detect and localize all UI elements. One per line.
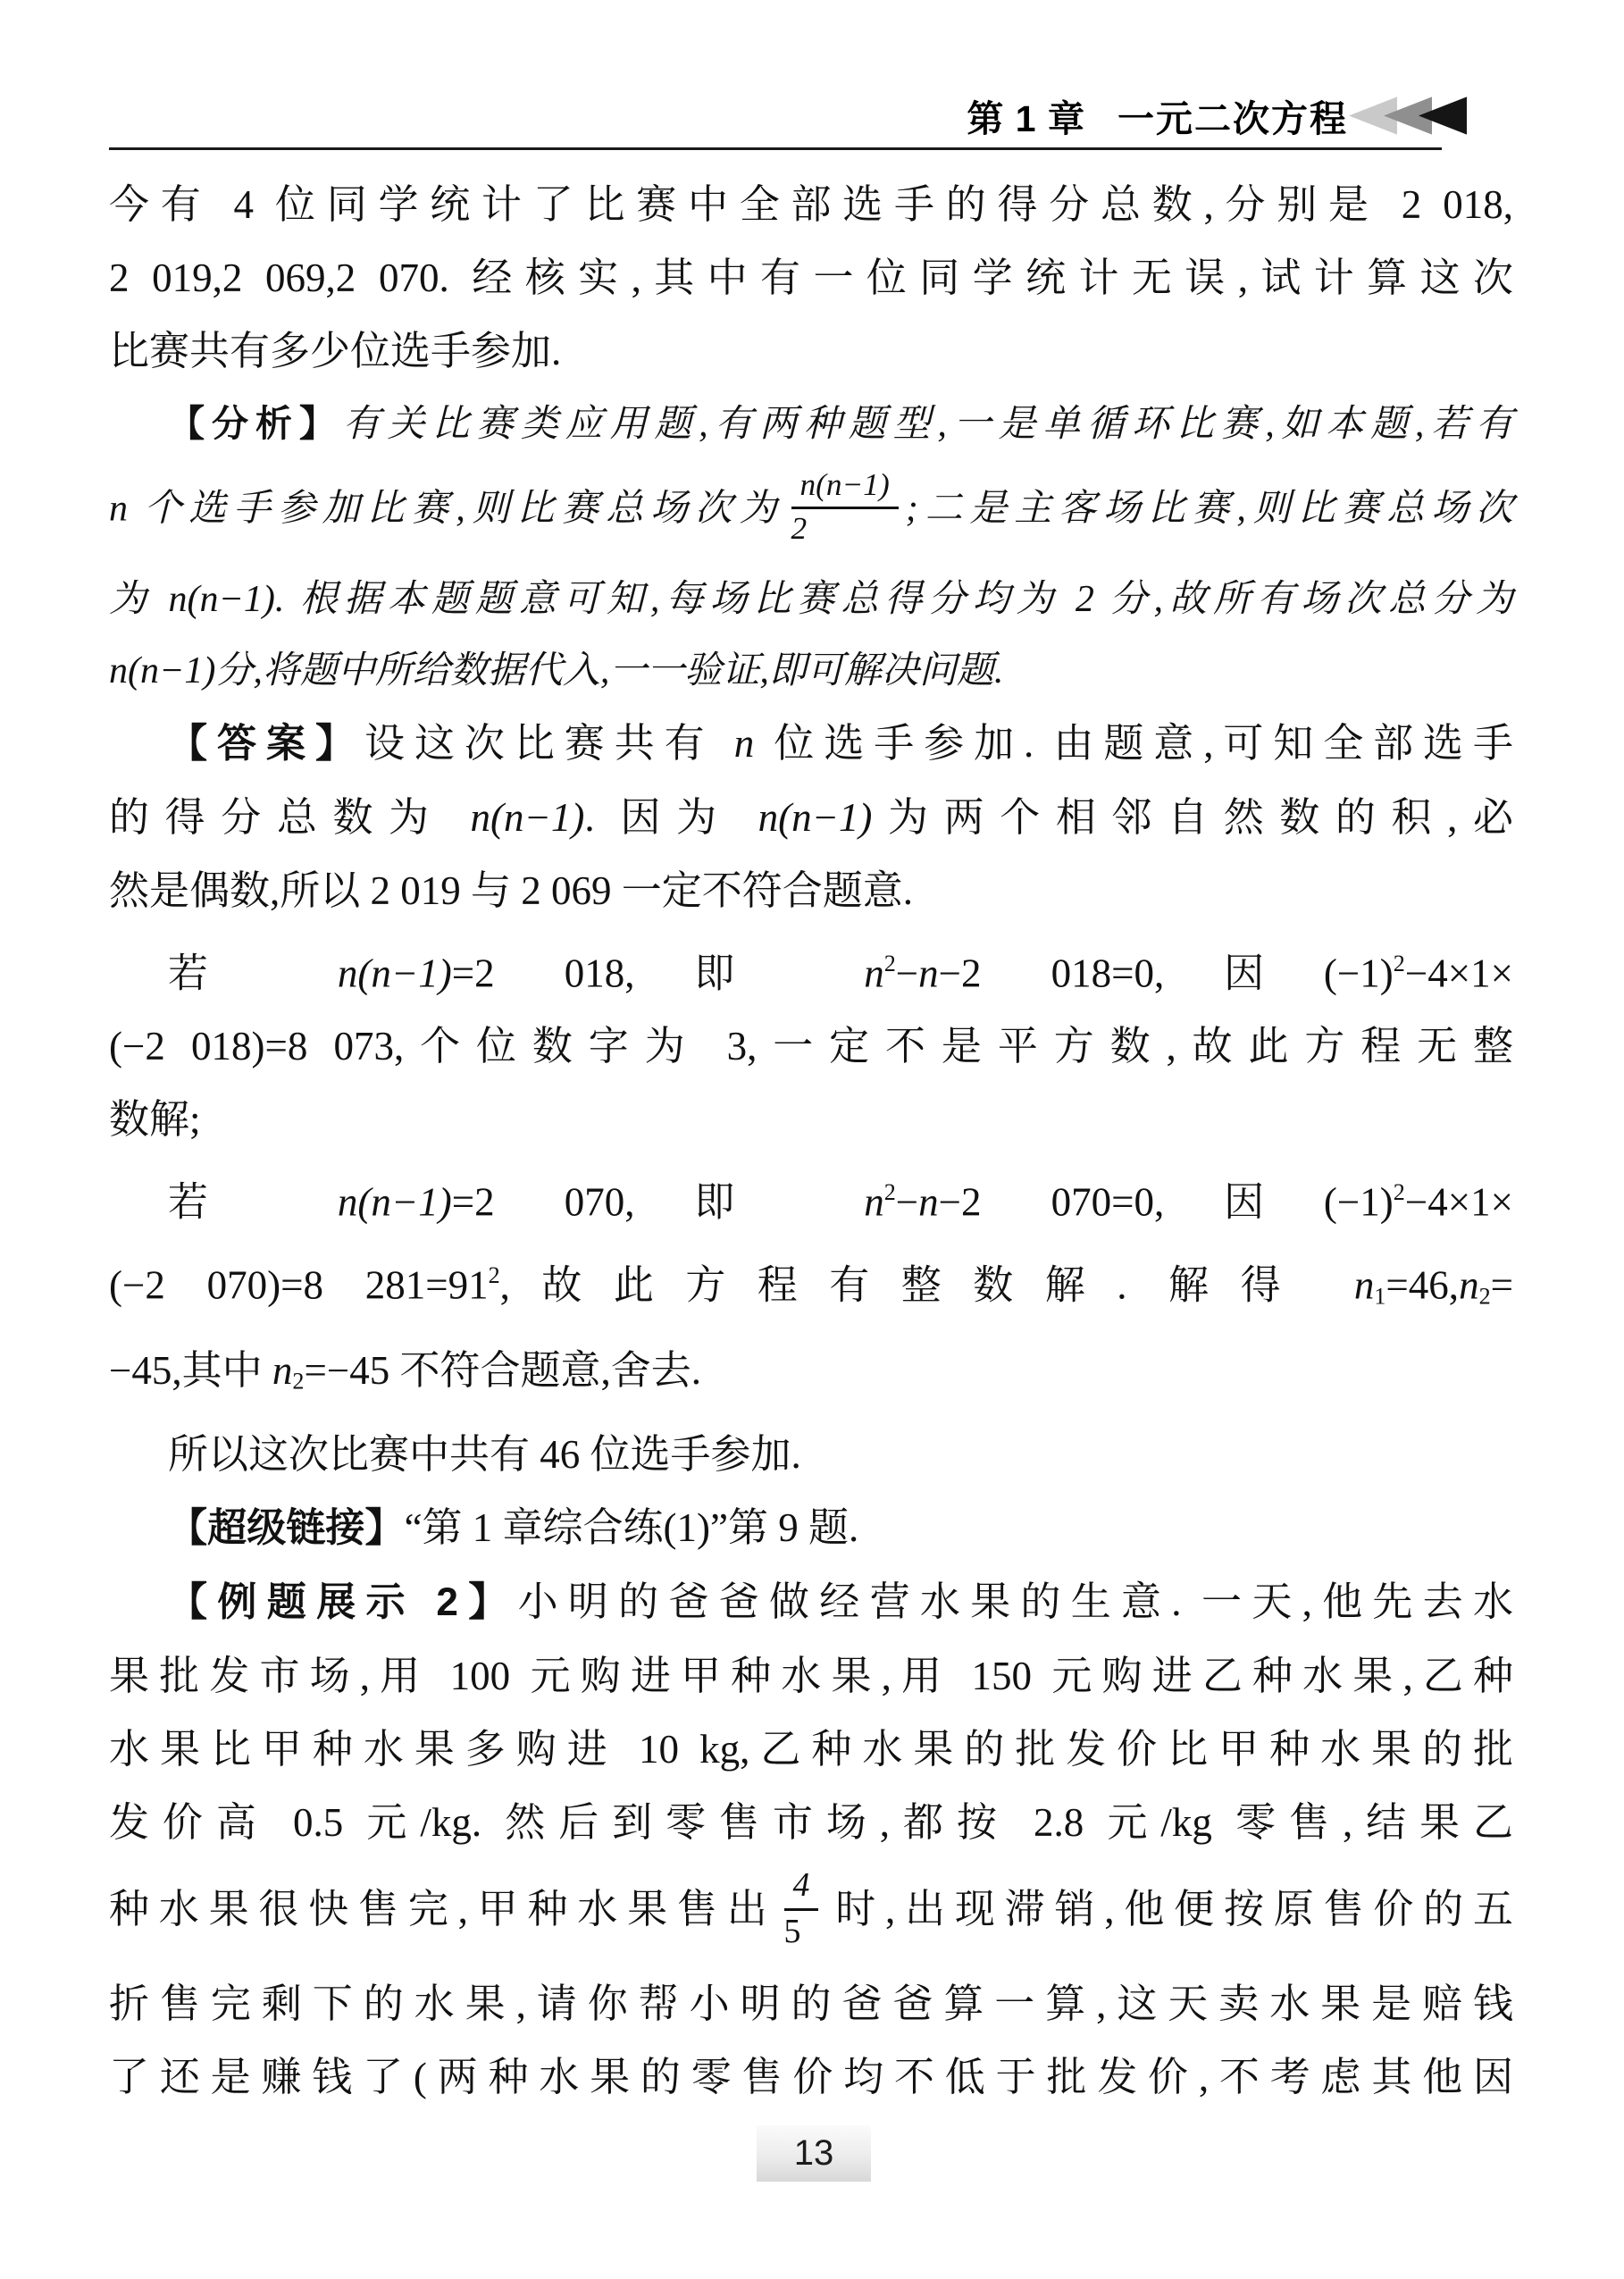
text-segment: −45,其中 xyxy=(109,1348,272,1393)
text-segment: n(n−1) xyxy=(169,579,275,620)
text-segment: n xyxy=(918,1180,939,1225)
text-segment: n xyxy=(864,1180,884,1225)
chapter-heading: 第 1 章 一元二次方程 xyxy=(967,89,1467,142)
text-segment: n xyxy=(734,721,755,766)
text-segment: =2 070,即 xyxy=(452,1180,864,1225)
text-line: 果批发市场,用 100 元购进甲种水果,用 150 元购进乙种水果,乙种 xyxy=(109,1639,1513,1713)
text-segment: 发价高 0.5 元/kg. 然后到零售市场,都按 2.8 元/kg 零售,结果乙 xyxy=(109,1800,1513,1845)
chapter-arrows-icon xyxy=(1362,96,1467,136)
text-line: (−2 018)=8 073,个位数字为 3,一定不是平方数,故此方程无整 xyxy=(109,1010,1513,1083)
fraction-numerator: n(n−1) xyxy=(791,468,899,509)
text-segment: 种水果很快售完,甲种水果售出 xyxy=(109,1887,777,1931)
text-segment: . 根据本题题意可知,每场比赛总得分均为 2 分,故所有场次总分为 xyxy=(275,579,1513,620)
text-line: 为 n(n−1). 根据本题题意可知,每场比赛总得分均为 2 分,故所有场次总分… xyxy=(109,564,1513,635)
text-segment: 位选手参加. 由题意,可知全部选手 xyxy=(754,721,1513,766)
text-segment: 的得分总数为 xyxy=(109,795,471,840)
text-segment: 2 xyxy=(1479,1284,1491,1310)
math-fraction: 45 xyxy=(784,1867,819,1950)
text-segment: 今有 4 位同学统计了比赛中全部选手的得分总数,分别是 2 018, xyxy=(109,182,1513,227)
text-segment: 2 xyxy=(489,1262,500,1288)
text-segment: 1 xyxy=(1374,1284,1385,1310)
text-segment: 时,出现滞销,他便按原售价的五 xyxy=(825,1887,1513,1931)
text-line: 【答案】设这次比赛共有 n 位选手参加. 由题意,可知全部选手 xyxy=(109,707,1513,781)
fraction-numerator: 4 xyxy=(784,1867,819,1911)
text-line: 种水果很快售完,甲种水果售出45时,出现滞销,他便按原售价的五 xyxy=(109,1859,1513,1967)
chapter-title: 一元二次方程 xyxy=(1118,89,1348,142)
text-line: 若 n(n−1)=2 070,即 n2−n−2 070=0,因(−1)2−4×1… xyxy=(109,1156,1513,1239)
text-segment: ;二是主客场比赛,则比赛总场次 xyxy=(906,488,1513,529)
text-segment: n(n−1) xyxy=(338,1180,452,1225)
fraction-denominator: 5 xyxy=(784,1911,819,1951)
text-segment: 若 xyxy=(168,1180,338,1225)
text-segment: 若 xyxy=(168,951,338,995)
text-segment: 2 xyxy=(1394,1179,1405,1205)
text-line: 【例题展示 2】小明的爸爸做经营水果的生意. 一天,他先去水 xyxy=(109,1565,1513,1639)
text-line: 【超级链接】“第 1 章综合练(1)”第 9 题. xyxy=(109,1491,1513,1565)
text-segment: n(n−1) xyxy=(338,951,452,995)
text-segment: −2 070=0,因(−1) xyxy=(939,1180,1394,1225)
text-segment: n xyxy=(864,951,884,995)
text-segment: 小明的爸爸做经营水果的生意. 一天,他先去水 xyxy=(518,1579,1513,1624)
text-segment: (−2 018)=8 073,个位数字为 3,一定不是平方数,故此方程无整 xyxy=(109,1024,1513,1068)
header-rule xyxy=(109,147,1442,150)
text-segment: 果批发市场,用 100 元购进甲种水果,用 150 元购进乙种水果,乙种 xyxy=(109,1654,1513,1698)
text-segment: 设这次比赛共有 xyxy=(364,721,734,766)
text-segment: =−45 不符合题意,舍去. xyxy=(304,1348,701,1393)
text-line: 然是偶数,所以 2 019 与 2 069 一定不符合题意. xyxy=(109,854,1513,927)
text-segment: 所以这次比赛中共有 46 位选手参加. xyxy=(168,1432,801,1477)
text-segment: 【分析】 xyxy=(168,403,343,444)
text-segment: 水果比甲种水果多购进 10 kg,乙种水果的批发价比甲种水果的批 xyxy=(109,1727,1513,1772)
text-segment: ,故此方程有整数解. 解得 xyxy=(500,1263,1354,1308)
text-segment: −4×1× xyxy=(1405,951,1513,995)
text-line: 发价高 0.5 元/kg. 然后到零售市场,都按 2.8 元/kg 零售,结果乙 xyxy=(109,1786,1513,1859)
text-segment: . 因为 xyxy=(584,795,758,840)
text-segment: 2 019,2 069,2 070. 经核实,其中有一位同学统计无误,试计算这次 xyxy=(109,256,1513,300)
text-line: n(n−1)分,将题中所给数据代入,一一验证,即可解决问题. xyxy=(109,635,1513,707)
text-segment: n xyxy=(1459,1263,1479,1308)
math-fraction: n(n−1)2 xyxy=(791,468,899,547)
text-segment: (−2 070)=8 281=91 xyxy=(109,1263,489,1308)
text-segment: n xyxy=(109,488,128,529)
text-line: 2 019,2 069,2 070. 经核实,其中有一位同学统计无误,试计算这次 xyxy=(109,241,1513,314)
text-segment: n xyxy=(1354,1263,1375,1308)
text-segment: 2 xyxy=(884,951,896,976)
text-line: n 个选手参加比赛,则比赛总场次为n(n−1)2;二是主客场比赛,则比赛总场次 xyxy=(109,460,1513,564)
text-line: 折售完剩下的水果,请你帮小明的爸爸算一算,这天卖水果是赔钱 xyxy=(109,1967,1513,2040)
text-segment: =2 018,即 xyxy=(452,951,864,995)
text-segment: 比赛共有多少位选手参加. xyxy=(109,329,561,373)
text-segment: 2 xyxy=(1394,951,1405,976)
text-line: 若 n(n−1)=2 018,即 n2−n−2 018=0,因(−1)2−4×1… xyxy=(109,927,1513,1010)
text-segment: 为两个相邻自然数的积,必 xyxy=(872,795,1513,840)
text-segment: 折售完剩下的水果,请你帮小明的爸爸算一算,这天卖水果是赔钱 xyxy=(109,1982,1513,2026)
text-segment: 然是偶数,所以 2 019 与 2 069 一定不符合题意. xyxy=(109,868,913,913)
text-segment: n(n−1) xyxy=(109,650,215,691)
fraction-denominator: 2 xyxy=(791,509,899,547)
text-line: 的得分总数为 n(n−1). 因为 n(n−1)为两个相邻自然数的积,必 xyxy=(109,781,1513,854)
text-segment: n(n−1) xyxy=(471,795,585,840)
text-segment: 数解; xyxy=(109,1097,201,1142)
text-segment: − xyxy=(896,1180,918,1225)
text-line: 比赛共有多少位选手参加. xyxy=(109,314,1513,388)
text-segment: 【答案】 xyxy=(168,722,364,766)
text-line: 了还是赚钱了(两种水果的零售价均不低于批发价,不考虑其他因 xyxy=(109,2040,1513,2114)
text-segment: − xyxy=(896,951,918,995)
text-line: 数解; xyxy=(109,1083,1513,1156)
text-segment: n(n−1) xyxy=(758,795,873,840)
page-number: 13 xyxy=(794,2133,834,2174)
text-line: 所以这次比赛中共有 46 位选手参加. xyxy=(109,1418,1513,1491)
text-segment: 个选手参加比赛,则比赛总场次为 xyxy=(128,488,784,529)
text-segment: −4×1× xyxy=(1405,1180,1513,1225)
text-segment: 2 xyxy=(884,1179,896,1205)
text-line: 今有 4 位同学统计了比赛中全部选手的得分总数,分别是 2 018, xyxy=(109,168,1513,241)
text-segment: “第 1 章综合练(1)”第 9 题. xyxy=(405,1505,859,1550)
book-page: 第 1 章 一元二次方程 今有 4 位同学统计了比赛中全部选手的得分总数,分别是… xyxy=(0,0,1624,2279)
text-line: 【分析】有关比赛类应用题,有两种题型,一是单循环比赛,如本题,若有 xyxy=(109,388,1513,460)
text-segment: 了还是赚钱了(两种水果的零售价均不低于批发价,不考虑其他因 xyxy=(109,2055,1513,2099)
text-segment: 【例题展示 2】 xyxy=(168,1580,518,1624)
text-segment: 2 xyxy=(292,1368,304,1394)
text-line: 水果比甲种水果多购进 10 kg,乙种水果的批发价比甲种水果的批 xyxy=(109,1713,1513,1786)
chapter-number: 第 1 章 xyxy=(967,89,1085,142)
text-line: (−2 070)=8 281=912,故此方程有整数解. 解得 n1=46,n2… xyxy=(109,1239,1513,1333)
text-segment: 有关比赛类应用题,有两种题型,一是单循环比赛,如本题,若有 xyxy=(343,404,1513,445)
page-number-box: 13 xyxy=(757,2125,871,2182)
text-segment: 分,将题中所给数据代入,一一验证,即可解决问题. xyxy=(215,650,1003,691)
text-segment: n xyxy=(918,951,939,995)
text-segment: =46, xyxy=(1385,1263,1459,1308)
text-segment: 【超级链接】 xyxy=(168,1506,405,1550)
text-segment: n xyxy=(272,1348,293,1393)
text-segment: −2 018=0,因(−1) xyxy=(939,951,1394,995)
page-body-text: 今有 4 位同学统计了比赛中全部选手的得分总数,分别是 2 018,2 019,… xyxy=(109,168,1513,2114)
text-segment: = xyxy=(1491,1263,1513,1308)
text-line: −45,其中 n2=−45 不符合题意,舍去. xyxy=(109,1334,1513,1419)
text-segment: 为 xyxy=(109,579,169,620)
